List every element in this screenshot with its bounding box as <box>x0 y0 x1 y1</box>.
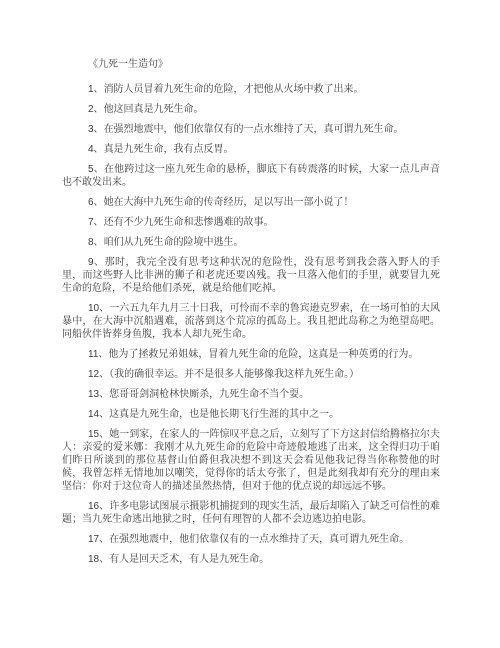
sentence-item-13: 13、您哥哥剑洞枪林快厮杀，九死生命不当个耍。 <box>62 388 440 401</box>
sentence-text: 有人是回天乏术，有人是九死生命。 <box>109 554 269 565</box>
sentence-text: 一六五九年九月三十日我，可怜而不幸的鲁宾逊克罗索，在一场可怕的大风暴中，在大海中… <box>62 303 440 340</box>
sentence-item-16: 16、许多电影试图展示摄影机捕捉到的现实生活，最后却陷入了缺乏可信性的难题；当九… <box>62 500 440 526</box>
sentence-item-2: 2、他这回真是九死生命。 <box>62 103 440 116</box>
sentence-text: 在强烈地震中，他们依靠仅有的一点水维持了天，真可谓九死生命。 <box>104 124 404 135</box>
sentence-text: 在他跨过这一座九死生命的悬桥，脚底下有砖震落的时候，大家一点儿声音也不敢发出来。 <box>62 164 440 188</box>
sentence-text: 她在大海中九死生命的传奇经历，足以写出一部小说了！ <box>104 197 354 208</box>
sentence-item-7: 7、还有不少九死生命和悲惨遇难的故事。 <box>62 216 440 229</box>
sentence-item-14: 14、这真是九死生命，也是他长期飞行生涯的其中之一。 <box>62 408 440 421</box>
sentence-number: 10、 <box>88 303 109 314</box>
sentence-number: 4、 <box>88 144 104 155</box>
sentence-number: 2、 <box>88 104 104 115</box>
sentence-item-12: 12、（我的确很幸运。并不是很多人能够像我这样九死生命。） <box>62 368 440 381</box>
sentence-text: 他这回真是九死生命。 <box>104 104 204 115</box>
sentence-item-18: 18、有人是回天乏术，有人是九死生命。 <box>62 553 440 566</box>
sentence-text: 他为了拯救兄弟姐妹，冒着九死生命的危险，这真是一种英勇的行为。 <box>108 349 418 360</box>
sentence-number: 12、 <box>88 369 109 380</box>
sentence-number: 13、 <box>88 389 109 400</box>
sentence-number: 7、 <box>88 217 104 228</box>
sentence-text: 还有不少九死生命和悲惨遇难的故事。 <box>104 217 274 228</box>
sentence-item-1: 1、消防人员冒着九死生命的危险，才把他从火场中救了出来。 <box>62 83 440 96</box>
document-page: 《九死一生造句》 1、消防人员冒着九死生命的危险，才把他从火场中救了出来。 2、… <box>0 0 500 648</box>
sentence-item-4: 4、真是九死生命，我有点反胃。 <box>62 143 440 156</box>
sentence-number: 14、 <box>88 409 109 420</box>
sentence-item-17: 17、在强烈地震中，他们依靠仅有的一点水维持了天，真可谓九死生命。 <box>62 533 440 546</box>
sentence-number: 17、 <box>88 534 109 545</box>
sentence-item-11: 11、他为了拯救兄弟姐妹，冒着九死生命的危险，这真是一种英勇的行为。 <box>62 348 440 361</box>
sentence-number: 1、 <box>88 84 104 95</box>
sentence-item-10: 10、一六五九年九月三十日我，可怜而不幸的鲁宾逊克罗索，在一场可怕的大风暴中，在… <box>62 302 440 341</box>
sentence-item-6: 6、她在大海中九死生命的传奇经历，足以写出一部小说了！ <box>62 196 440 209</box>
sentence-text: 真是九死生命，我有点反胃。 <box>104 144 234 155</box>
document-content: 《九死一生造句》 1、消防人员冒着九死生命的危险，才把他从火场中救了出来。 2、… <box>62 58 440 573</box>
sentence-number: 8、 <box>88 237 104 248</box>
sentence-item-15: 15、她一到家，在家人的一阵惊叹平息之后，立刻写了下方这封信给腾格拉尔夫人：亲爱… <box>62 428 440 493</box>
sentence-number: 11、 <box>88 349 108 360</box>
sentence-number: 3、 <box>88 124 104 135</box>
sentence-item-5: 5、在他跨过这一座九死生命的悬桥，脚底下有砖震落的时候，大家一点儿声音也不敢发出… <box>62 163 440 189</box>
sentence-item-9: 9、那时，我完全没有思考这种状况的危险性，没有思考到我会落入野人的手里，而这些野… <box>62 256 440 295</box>
document-title: 《九死一生造句》 <box>62 58 440 71</box>
sentence-text: 在强烈地震中，他们依靠仅有的一点水维持了天，真可谓九死生命。 <box>109 534 409 545</box>
sentence-text: 您哥哥剑洞枪林快厮杀，九死生命不当个耍。 <box>109 389 309 400</box>
sentence-number: 5、 <box>88 164 104 175</box>
sentence-number: 16、 <box>88 501 109 512</box>
sentence-number: 18、 <box>88 554 109 565</box>
sentence-number: 6、 <box>88 197 104 208</box>
sentence-text: （我的确很幸运。并不是很多人能够像我这样九死生命。） <box>109 369 359 380</box>
sentence-text: 她一到家，在家人的一阵惊叹平息之后，立刻写了下方这封信给腾格拉尔夫人：亲爱的爱米… <box>62 429 440 492</box>
sentence-item-8: 8、咱们从九死生命的险境中逃生。 <box>62 236 440 249</box>
sentence-item-3: 3、在强烈地震中，他们依靠仅有的一点水维持了天，真可谓九死生命。 <box>62 123 440 136</box>
sentence-number: 9、 <box>88 257 105 268</box>
sentence-text: 咱们从九死生命的险境中逃生。 <box>104 237 244 248</box>
sentence-text: 许多电影试图展示摄影机捕捉到的现实生活，最后却陷入了缺乏可信性的难题；当九死生命… <box>62 501 440 525</box>
sentence-text: 这真是九死生命，也是他长期飞行生涯的其中之一。 <box>109 409 339 420</box>
sentence-text: 那时，我完全没有思考这种状况的危险性，没有思考到我会落入野人的手里，而这些野人比… <box>62 257 440 294</box>
sentence-text: 消防人员冒着九死生命的危险，才把他从火场中救了出来。 <box>104 84 364 95</box>
sentence-number: 15、 <box>88 429 109 440</box>
